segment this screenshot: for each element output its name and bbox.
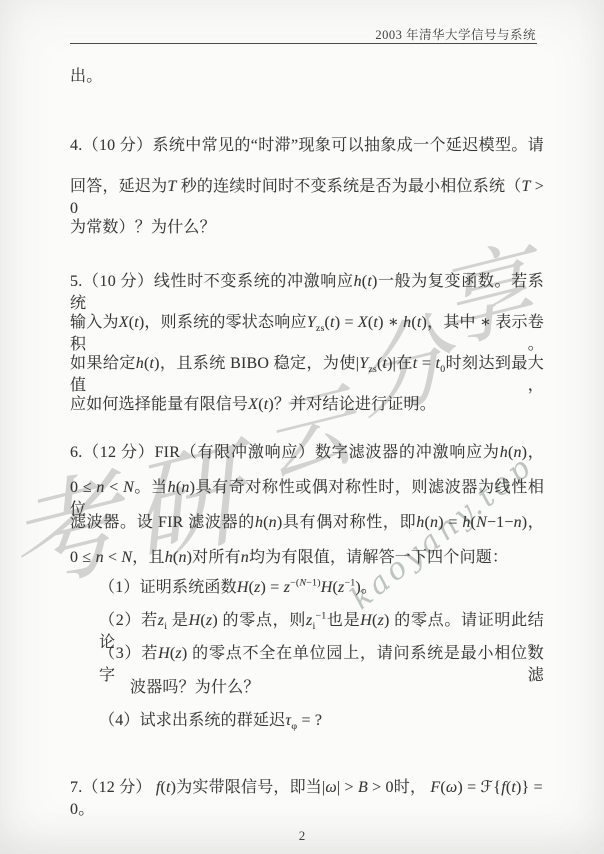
question-5-line-1: 5.（10 分）线性时不变系统的冲激响应h(t)一般为复变函数。若系统 (70, 271, 544, 315)
question-4-line-3: 为常数）？为什么？ (70, 217, 544, 239)
question-6-line-4: 0 ≤ n < N，且h(n)对所有n均为有限值，请解答一下四个问题： (70, 547, 544, 569)
page-number: 2 (0, 828, 604, 844)
question-6-line-3: 滤波器。设 FIR 滤波器的h(n)具有偶对称性，即h(n) = h(N−1−n… (70, 512, 544, 534)
paragraph-continuation-line: 出。 (70, 66, 544, 88)
question-4-line-2: 回答，延迟为T 秒的连续时间时不变系统是否为最小相位系统（T > 0 (70, 176, 544, 220)
question-6-line-1: 6.（12 分）FIR（有限冲激响应）数字滤波器的冲激响应为h(n)， (70, 442, 544, 464)
question-5-line-3: 如果给定h(t)，且系统 BIBO 稳定，为使|Yzs(t)|在t = t0时刻… (70, 353, 544, 397)
document-page: 考 研 云 分 享 kaoyany.top 2003 年清华大学信号与系统 出。… (0, 0, 604, 854)
question-6-subitem-4: （4）试求出系统的群延迟τφ = ? (99, 710, 544, 732)
question-7-line-1: 7.（12 分） f(t)为实带限信号，即当|ω| > B > 0时， F(ω)… (70, 777, 544, 821)
page-header-title: 2003 年清华大学信号与系统 (375, 25, 536, 43)
question-5-line-4: 应如何选择能量有限信号X(t)？并对结论进行证明。 (70, 394, 544, 416)
question-6-subitem-3-continuation: 波器吗？为什么？ (130, 677, 544, 699)
question-6-subitem-1: （1）证明系统函数H(z) = z−(N−1)H(z−1)。 (99, 577, 544, 599)
question-4-line-1: 4.（10 分）系统中常见的“时滞”现象可以抽象成一个延迟模型。请 (70, 135, 544, 157)
question-5-line-2: 输入为X(t)，则系统的零状态响应Yzs(t) = X(t) ∗ h(t)，其中… (70, 312, 544, 356)
header-divider-rule (70, 43, 537, 44)
